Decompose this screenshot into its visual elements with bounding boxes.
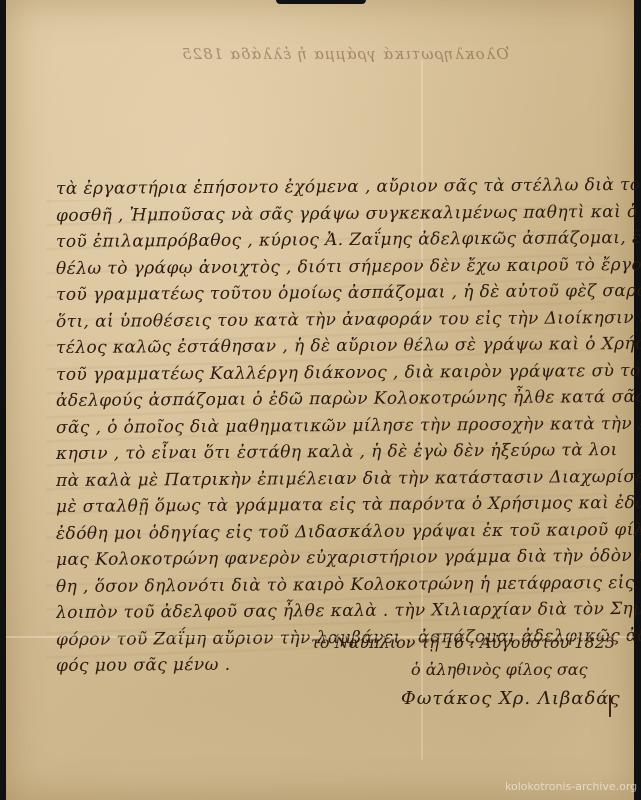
manuscript-page: Ὁλοκληρωτικά γράμμα ἡ ἑλλάδα 1825 τὰ ἐργ… <box>6 0 634 800</box>
letter-line: σᾶς , ὁ ὁποῖος διὰ μαθηματικῶν μίλησε τὴ… <box>56 410 641 441</box>
bleed-through-text: Ὁλοκληρωτικά γράμμα ἡ ἑλλάδα 1825 <box>181 45 509 63</box>
signature: Φωτάκος Χρ. Λιβαδάς <box>401 688 621 709</box>
letter-line: ἐδόθη μοι ὁδηγίας εἰς τοῦ Διδασκάλου γρά… <box>56 516 641 547</box>
letter-line: τὰ ἐργαστήρια ἐπήσοντο ἐχόμενα , αὔριον … <box>56 172 641 203</box>
letter-line: ἀδελφούς ἀσπάζομαι ὁ ἐδῶ παρὼν Κολοκοτρώ… <box>56 384 641 415</box>
dateline: τὸ Ναύπλιον τῇ 16 : Αὐγούστου 1825 <box>311 633 615 652</box>
letter-line: θη , ὅσον δηλονότι διὰ τὸ καιρὸ Κολοκοτρ… <box>56 569 641 600</box>
letter-line: λοιπὸν τοῦ ἀδελφοῦ σας ἦλθε καλὰ . τὴν Χ… <box>56 596 641 627</box>
letter-line: κησιν , τὸ εἶναι ὅτι ἐστάθη καλὰ , ἡ δὲ … <box>56 437 641 468</box>
letter-line: τέλος καλῶς ἐστάθησαν , ἡ δὲ αὔριον θέλω… <box>56 331 641 362</box>
letter-body: τὰ ἐργαστήρια ἐπήσοντο ἐχόμενα , αὔριον … <box>56 176 641 680</box>
letter-line: τοῦ γραμματέως Καλλέργη διάκονος , διὰ κ… <box>56 357 641 388</box>
letter-line: τοῦ γραμματέως τοῦτου ὁμοίως ἀσπάζομαι ,… <box>56 278 641 309</box>
torn-edge <box>276 0 366 4</box>
archive-watermark: kolokotronis-archive.org <box>505 780 637 793</box>
letter-line: μὲ σταλθῇ ὅμως τὰ γράμματα εἰς τὰ παρόντ… <box>56 490 641 521</box>
letter-line: τοῦ ἐπιλαμπρόβαθος , κύριος Ἀ. Ζαΐμης ἀδ… <box>56 225 641 256</box>
letter-line: θέλω τὸ γράφῳ ἀνοιχτὸς , διότι σήμερον δ… <box>56 251 641 282</box>
letter-line: μας Κολοκοτρώνη φανερὸν εὐχαριστήριον γρ… <box>56 543 641 574</box>
letter-line: ὅτι, αἱ ὑποθέσεις του κατὰ τὴν ἀναφοράν … <box>56 304 641 335</box>
letter-line: πὰ καλὰ μὲ Πατρικὴν ἐπιμέλειαν διὰ τὴν κ… <box>56 463 641 494</box>
signature-flourish <box>609 695 611 717</box>
closing-salutation: ὁ ἀληθινὸς φίλος σας <box>411 660 588 679</box>
letter-line: φοσθῆ , Ἠμποῦσας νὰ σᾶς γράψω συγκεκαλιμ… <box>56 198 641 229</box>
